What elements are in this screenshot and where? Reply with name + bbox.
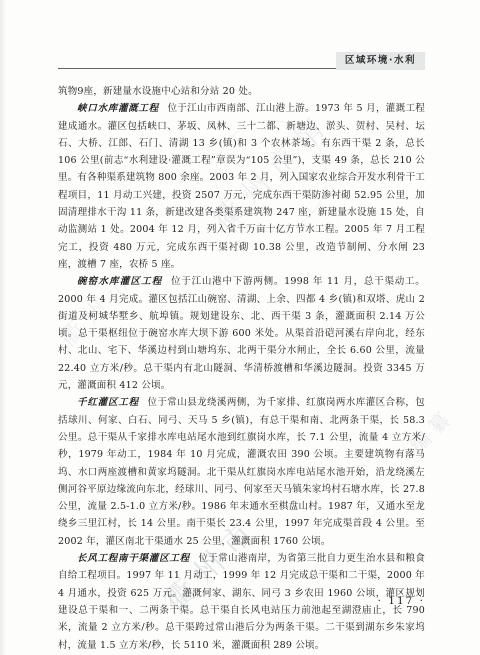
entry-paragraph: 碗窑水库灌区工程位于江山港中下游两侧。1998 年 11 月，总干渠动工。200… [58, 273, 425, 394]
scanned-book-page: 衢州市情 衢州市 衢州市 编纂 区域环境·水利 筑物9座，新建量水设施中心站和分… [0, 0, 480, 655]
entry-title: 碗窑水库灌区工程 [77, 276, 162, 287]
scan-edge-shadow [0, 0, 6, 655]
entry-body: 位于常山县龙绕溪两侧，为千家排、红旗岗两水库灌区合称，包括球川、何家、白石、同弓… [58, 397, 425, 546]
entry-paragraph: 千红灌区工程位于常山县龙绕溪两侧，为千家排、红旗岗两水库灌区合称，包括球川、何家… [58, 394, 425, 550]
entry-title: 峡口水库灌溉工程 [77, 103, 159, 114]
entry-body: 位于常山港南岸，为省第三批自力更生治水县和粮食自给工程项目。1997 年 11 … [58, 553, 425, 650]
entry-paragraph: 峡口水库灌溉工程位于江山市西南部、江山港上游。1973 年 5 月，灌溉工程建成… [58, 100, 425, 273]
entry-title: 长风工程南干渠灌区工程 [77, 553, 190, 564]
page-body-text: 筑物9座，新建量水设施中心站和分站 20 处。 峡口水库灌溉工程位于江山市西南部… [58, 83, 425, 654]
entry-body: 位于江山市西南部、江山港上游。1973 年 5 月，灌溉工程建成通水。灌区包括峡… [58, 103, 425, 270]
page-number: · 117 · [378, 595, 425, 607]
continuation-paragraph: 筑物9座，新建量水设施中心站和分站 20 处。 [58, 83, 425, 100]
entry-body: 位于江山港中下游两侧。1998 年 11 月，总干渠动工。2000 年 4 月完… [58, 276, 425, 391]
entry-title: 千红灌区工程 [77, 397, 139, 408]
entry-paragraph: 长风工程南干渠灌区工程位于常山港南岸，为省第三批自力更生治水县和粮食自给工程项目… [58, 550, 425, 654]
section-header-tag: 区域环境·水利 [336, 52, 425, 70]
